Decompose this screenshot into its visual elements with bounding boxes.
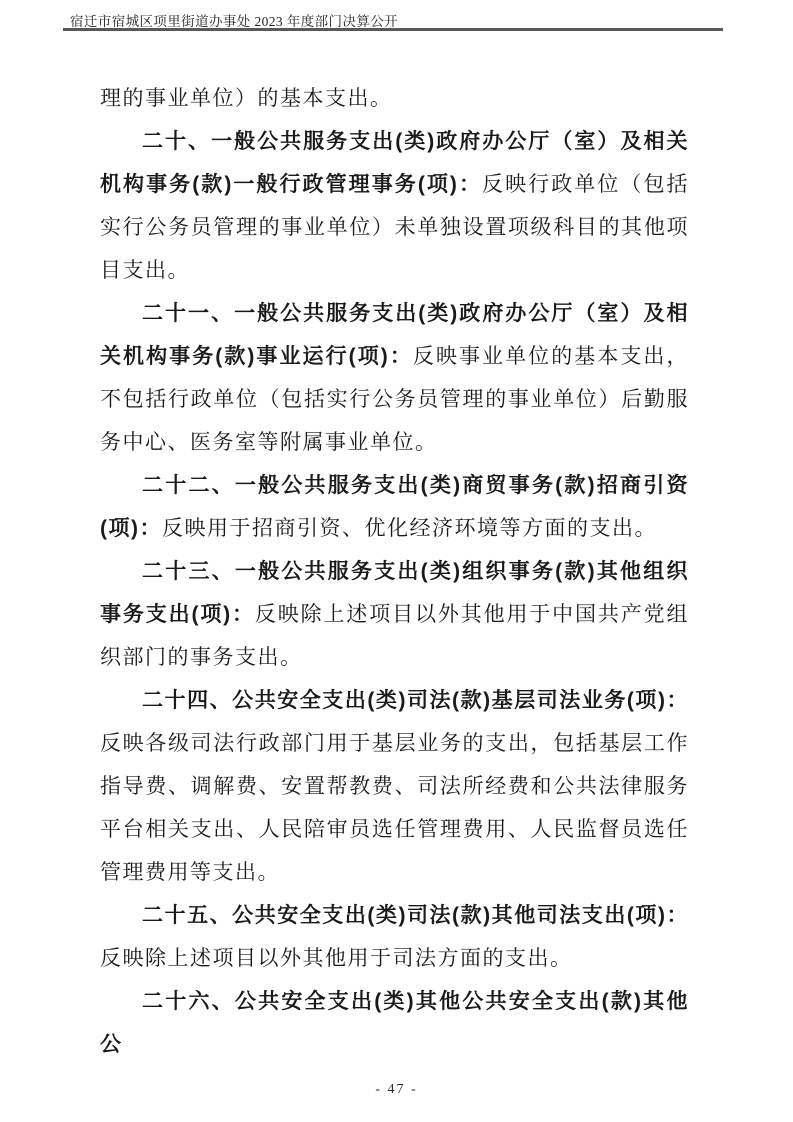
paragraph-item-26: 二十六、公共安全支出(类)其他公共安全支出(款)其他公 [100,980,689,1066]
paragraph-continuation: 理的事业单位）的基本支出。 [100,77,689,120]
document-page: 宿迁市宿城区项里街道办事处 2023 年度部门决算公开 理的事业单位）的基本支出… [0,0,793,1122]
paragraph-item-21: 二十一、一般公共服务支出(类)政府办公厅（室）及相关机构事务(款)事业运行(项)… [100,292,689,464]
paragraph-item-25: 二十五、公共安全支出(类)司法(款)其他司法支出(项)：反映除上述项目以外其他用… [100,894,689,980]
paragraph-heading: 二十五、公共安全支出(类)司法(款)其他司法支出(项)： [142,904,689,927]
paragraph-item-22: 二十二、一般公共服务支出(类)商贸事务(款)招商引资(项)：反映用于招商引资、优… [100,464,689,550]
paragraph-item-23: 二十三、一般公共服务支出(类)组织事务(款)其他组织事务支出(项)：反映除上述项… [100,550,689,679]
document-body: 理的事业单位）的基本支出。 二十、一般公共服务支出(类)政府办公厅（室）及相关机… [100,77,689,1066]
page-footer: - 47 - [0,1080,793,1100]
paragraph-text: 反映用于招商引资、优化经济环境等方面的支出。 [162,516,657,540]
paragraph-item-24: 二十四、公共安全支出(类)司法(款)基层司法业务(项)：反映各级司法行政部门用于… [100,679,689,894]
paragraph-text: 反映各级司法行政部门用于基层业务的支出，包括基层工作指导费、调解费、安置帮教费、… [100,731,689,884]
paragraph-text: 理的事业单位）的基本支出。 [100,86,393,110]
paragraph-heading: 二十四、公共安全支出(类)司法(款)基层司法业务(项)： [142,689,689,712]
page-number: - 47 - [375,1082,417,1097]
paragraph-item-20: 二十、一般公共服务支出(类)政府办公厅（室）及相关机构事务(款)一般行政管理事务… [100,120,689,292]
paragraph-heading: 二十六、公共安全支出(类)其他公共安全支出(款)其他公 [100,990,689,1056]
header-rule [63,28,723,31]
header-title: 宿迁市宿城区项里街道办事处 2023 年度部门决算公开 [70,10,398,30]
paragraph-text: 反映除上述项目以外其他用于司法方面的支出。 [100,946,573,970]
